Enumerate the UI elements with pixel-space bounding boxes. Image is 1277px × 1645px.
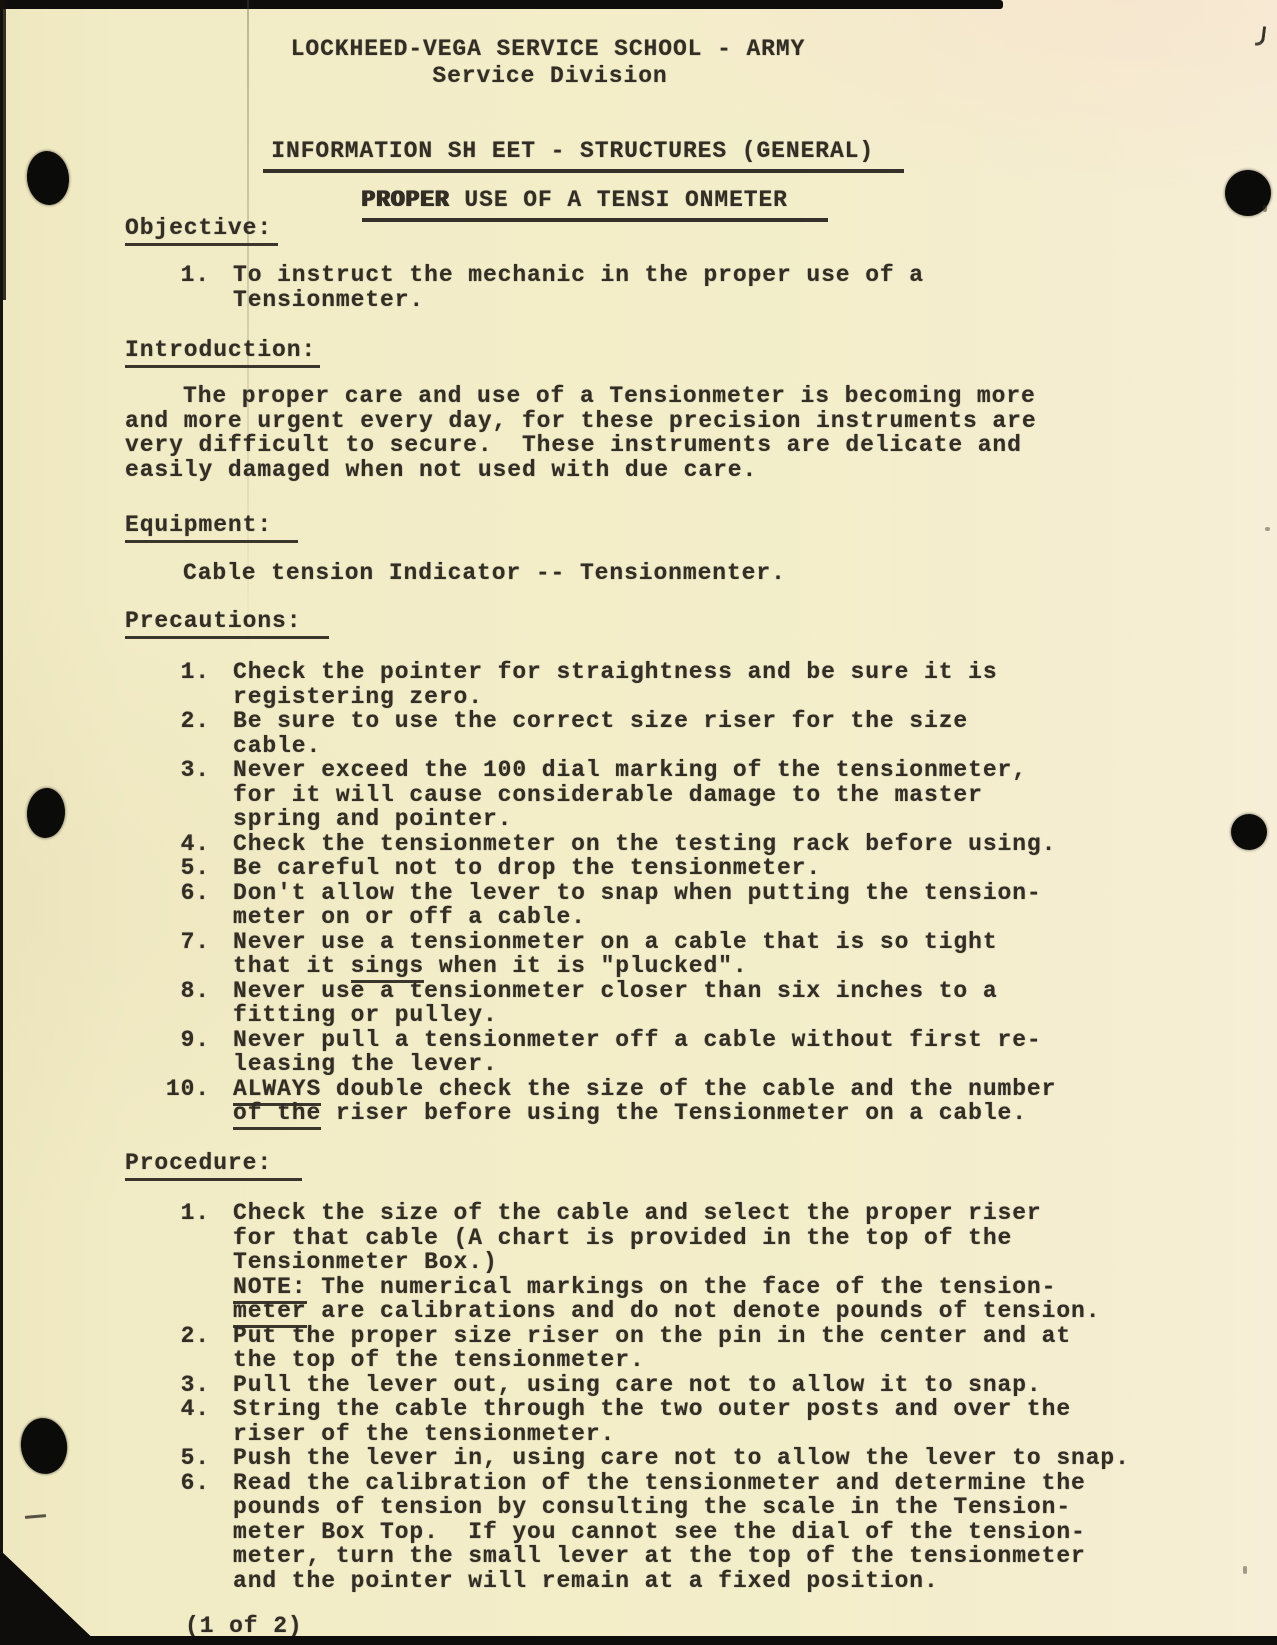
subject-title: PROPER USE OF A TENSI ONMETER bbox=[362, 187, 828, 222]
text-line: Check the size of the cable and select t… bbox=[233, 1201, 1100, 1226]
text-segment: are calibrations and do not denote pound… bbox=[307, 1298, 1101, 1324]
ink-speck bbox=[1243, 1566, 1247, 1574]
list-item-text: Put the proper size riser on the pin in … bbox=[233, 1324, 1071, 1373]
text-segment: when it is "plucked". bbox=[424, 953, 747, 979]
introduction-section-heading-row: Introduction: bbox=[125, 338, 320, 368]
footer-page-number: (1 of 2) bbox=[185, 1614, 303, 1639]
list-item: 4.Check the tensionmeter on the testing … bbox=[125, 832, 1056, 857]
equipment-section-heading-row: Equipment: bbox=[125, 513, 298, 543]
equipment-text: Cable tension Indicator -- Tensionmenter… bbox=[183, 561, 786, 586]
text-line: String the cable through the two outer p… bbox=[233, 1397, 1071, 1422]
list-item: 6.Read the calibration of the tensionmet… bbox=[125, 1471, 1130, 1594]
list-item-text: Be sure to use the correct size riser fo… bbox=[233, 709, 968, 758]
list-item-number: 1. bbox=[125, 660, 210, 709]
text-segment: The numerical markings on the face of th… bbox=[307, 1274, 1057, 1300]
text-line: meter, turn the small lever at the top o… bbox=[233, 1544, 1086, 1569]
list-item-text: Never pull a tensionmeter off a cable wi… bbox=[233, 1028, 1042, 1077]
text-segment: riser before using the Tensionmeter on a… bbox=[321, 1100, 1027, 1126]
list-item-number: 1. bbox=[125, 1201, 210, 1324]
text-line: for it will cause considerable damage to… bbox=[233, 783, 1027, 808]
list-item: 5.Push the lever in, using care not to a… bbox=[125, 1446, 1130, 1471]
text-line: meter Box Top. If you cannot see the dia… bbox=[233, 1520, 1086, 1545]
list-item-text: Check the tensionmeter on the testing ra… bbox=[233, 832, 1056, 857]
text-line: Never pull a tensionmeter off a cable wi… bbox=[233, 1028, 1042, 1053]
list-item-text: Check the size of the cable and select t… bbox=[233, 1201, 1100, 1324]
text-line: fitting or pulley. bbox=[233, 1003, 998, 1028]
ink-mark-bottom-left bbox=[25, 1514, 46, 1519]
list-item: 3.Pull the lever out, using care not to … bbox=[125, 1373, 1130, 1398]
text-line: meter on or off a cable. bbox=[233, 905, 1042, 930]
text-line: easily damaged when not used with due ca… bbox=[125, 458, 1037, 483]
scanned-document: { "doc": { "header": { "org": "LOCKHEED-… bbox=[0, 0, 1277, 1645]
section-heading-equipment: Equipment: bbox=[125, 513, 298, 543]
scan-border-top bbox=[0, 0, 1003, 9]
list-item-text: Be careful not to drop the tensionmeter. bbox=[233, 856, 821, 881]
list-item-number: 2. bbox=[125, 1324, 210, 1373]
list-item: 2.Put the proper size riser on the pin i… bbox=[125, 1324, 1130, 1373]
precautions-section-heading-row: Precautions: bbox=[125, 609, 329, 639]
list-item-number: 1. bbox=[125, 263, 210, 312]
text-line: and the pointer will remain at a fixed p… bbox=[233, 1569, 1086, 1594]
scan-border-bottom bbox=[0, 1636, 1277, 1645]
text-line: Check the tensionmeter on the testing ra… bbox=[233, 832, 1056, 857]
list-item: 7.Never use a tensionmeter on a cable th… bbox=[125, 930, 1056, 979]
list-item: 9.Never pull a tensionmeter off a cable … bbox=[125, 1028, 1056, 1077]
text-line: Push the lever in, using care not to all… bbox=[233, 1446, 1130, 1471]
list-item: 6.Don't allow the lever to snap when put… bbox=[125, 881, 1056, 930]
list-item-text: Pull the lever out, using care not to al… bbox=[233, 1373, 1042, 1398]
text-line: pounds of tension by consulting the scal… bbox=[233, 1495, 1086, 1520]
text-line: Pull the lever out, using care not to al… bbox=[233, 1373, 1042, 1398]
text-line: Never use a tensionmeter closer than six… bbox=[233, 979, 998, 1004]
list-item: 4.String the cable through the two outer… bbox=[125, 1397, 1130, 1446]
text-line: Be careful not to drop the tensionmeter. bbox=[233, 856, 821, 881]
list-item: 10.ALWAYS double check the size of the c… bbox=[125, 1077, 1056, 1126]
list-item-number: 4. bbox=[125, 1397, 210, 1446]
list-item-text: Read the calibration of the tensionmeter… bbox=[233, 1471, 1086, 1594]
ink-mark-top-right bbox=[1255, 26, 1266, 47]
procedure-list: 1.Check the size of the cable and select… bbox=[125, 1201, 1130, 1593]
scan-corner-fold-bottom-left bbox=[0, 1550, 100, 1645]
list-item-text: Never exceed the 100 dial marking of the… bbox=[233, 758, 1027, 832]
text-line: Never use a tensionmeter on a cable that… bbox=[233, 930, 998, 955]
list-item: 5.Be careful not to drop the tensionmete… bbox=[125, 856, 1056, 881]
text-line: for that cable (A chart is provided in t… bbox=[233, 1226, 1100, 1251]
precautions-list: 1.Check the pointer for straightness and… bbox=[125, 660, 1056, 1126]
ink-speck bbox=[1265, 527, 1270, 531]
text-line: cable. bbox=[233, 734, 968, 759]
list-item-number: 4. bbox=[125, 832, 210, 857]
list-item-number: 9. bbox=[125, 1028, 210, 1077]
list-item-text: ALWAYS double check the size of the cabl… bbox=[233, 1077, 1056, 1126]
list-item-number: 7. bbox=[125, 930, 210, 979]
list-item-number: 5. bbox=[125, 1446, 210, 1471]
text-line: of the riser before using the Tensionmet… bbox=[233, 1101, 1056, 1126]
text-segment: that it bbox=[233, 953, 351, 979]
list-item-text: Push the lever in, using care not to all… bbox=[233, 1446, 1130, 1471]
section-heading-introduction: Introduction: bbox=[125, 338, 320, 368]
subject-title-row: PROPER USE OF A TENSI ONMETER bbox=[0, 161, 1160, 222]
punch-hole-right-middle bbox=[1231, 814, 1267, 850]
procedure-section-heading-row: Procedure: bbox=[125, 1151, 302, 1181]
punch-hole-left-bottom bbox=[17, 1415, 70, 1477]
list-item-text: Never use a tensionmeter closer than six… bbox=[233, 979, 998, 1028]
list-item-number: 3. bbox=[125, 1373, 210, 1398]
list-item: 2.Be sure to use the correct size riser … bbox=[125, 709, 1056, 758]
text-line: riser of the tensionmeter. bbox=[233, 1422, 1071, 1447]
text-line: spring and pointer. bbox=[233, 807, 1027, 832]
list-item-text: Check the pointer for straightness and b… bbox=[233, 660, 998, 709]
text-line: the top of the tensionmeter. bbox=[233, 1348, 1071, 1373]
text-line: Never exceed the 100 dial marking of the… bbox=[233, 758, 1027, 783]
page-number-text: (1 of 2) bbox=[185, 1614, 303, 1639]
list-item: 8.Never use a tensionmeter closer than s… bbox=[125, 979, 1056, 1028]
text-line: Put the proper size riser on the pin in … bbox=[233, 1324, 1071, 1349]
text-line: Check the pointer for straightness and b… bbox=[233, 660, 998, 685]
section-heading-procedure: Procedure: bbox=[125, 1151, 302, 1181]
list-item-text: Don't allow the lever to snap when putti… bbox=[233, 881, 1042, 930]
list-item-text: Never use a tensionmeter on a cable that… bbox=[233, 930, 998, 979]
text-line: ALWAYS double check the size of the cabl… bbox=[233, 1077, 1056, 1102]
text-line: that it sings when it is "plucked". bbox=[233, 954, 998, 979]
objective-section-heading-row: Objective: bbox=[125, 216, 278, 246]
equipment-line-row: Cable tension Indicator -- Tensionmenter… bbox=[183, 561, 786, 586]
subject-title-rest: USE OF A TENSI ONMETER bbox=[450, 187, 788, 213]
division-subtitle: Service Division bbox=[0, 63, 1100, 89]
list-item-text: To instruct the mechanic in the proper u… bbox=[233, 263, 924, 312]
text-segment: double check the size of the cable and t… bbox=[321, 1076, 1056, 1102]
punch-hole-left-middle bbox=[25, 787, 66, 840]
text-line: and more urgent every day, for these pre… bbox=[125, 409, 1037, 434]
text-line: To instruct the mechanic in the proper u… bbox=[233, 263, 924, 288]
objective-list: 1.To instruct the mechanic in the proper… bbox=[125, 263, 924, 312]
list-item-number: 10. bbox=[125, 1077, 210, 1126]
text-line: registering zero. bbox=[233, 685, 998, 710]
text-line: Don't allow the lever to snap when putti… bbox=[233, 881, 1042, 906]
ink-speck bbox=[1263, 205, 1267, 212]
section-heading-objective: Objective: bbox=[125, 216, 278, 246]
org-title: LOCKHEED-VEGA SERVICE SCHOOL - ARMY bbox=[0, 36, 1096, 62]
list-item: 3.Never exceed the 100 dial marking of t… bbox=[125, 758, 1056, 832]
list-item-text: String the cable through the two outer p… bbox=[233, 1397, 1071, 1446]
list-item-number: 5. bbox=[125, 856, 210, 881]
list-item-number: 2. bbox=[125, 709, 210, 758]
underlined-text: of the bbox=[233, 1100, 321, 1130]
list-item: 1.Check the size of the cable and select… bbox=[125, 1201, 1130, 1324]
subject-title-bold-word: PROPER bbox=[362, 187, 450, 213]
list-item-number: 6. bbox=[125, 1471, 210, 1594]
text-line: Tensionmeter Box.) bbox=[233, 1250, 1100, 1275]
list-item-number: 8. bbox=[125, 979, 210, 1028]
list-item: 1.To instruct the mechanic in the proper… bbox=[125, 263, 924, 312]
text-line: NOTE: The numerical markings on the face… bbox=[233, 1275, 1100, 1300]
list-item: 1.Check the pointer for straightness and… bbox=[125, 660, 1056, 709]
text-line: Be sure to use the correct size riser fo… bbox=[233, 709, 968, 734]
list-item-number: 6. bbox=[125, 881, 210, 930]
text-line: leasing the lever. bbox=[233, 1052, 1042, 1077]
list-item-number: 3. bbox=[125, 758, 210, 832]
text-line: The proper care and use of a Tensionmete… bbox=[125, 384, 1037, 409]
text-line: Tensionmeter. bbox=[233, 288, 924, 313]
text-line: meter are calibrations and do not denote… bbox=[233, 1299, 1100, 1324]
introduction-paragraph: The proper care and use of a Tensionmete… bbox=[125, 384, 1037, 482]
text-line: very difficult to secure. These instrume… bbox=[125, 433, 1037, 458]
text-line: Read the calibration of the tensionmeter… bbox=[233, 1471, 1086, 1496]
section-heading-precautions: Precautions: bbox=[125, 609, 329, 639]
